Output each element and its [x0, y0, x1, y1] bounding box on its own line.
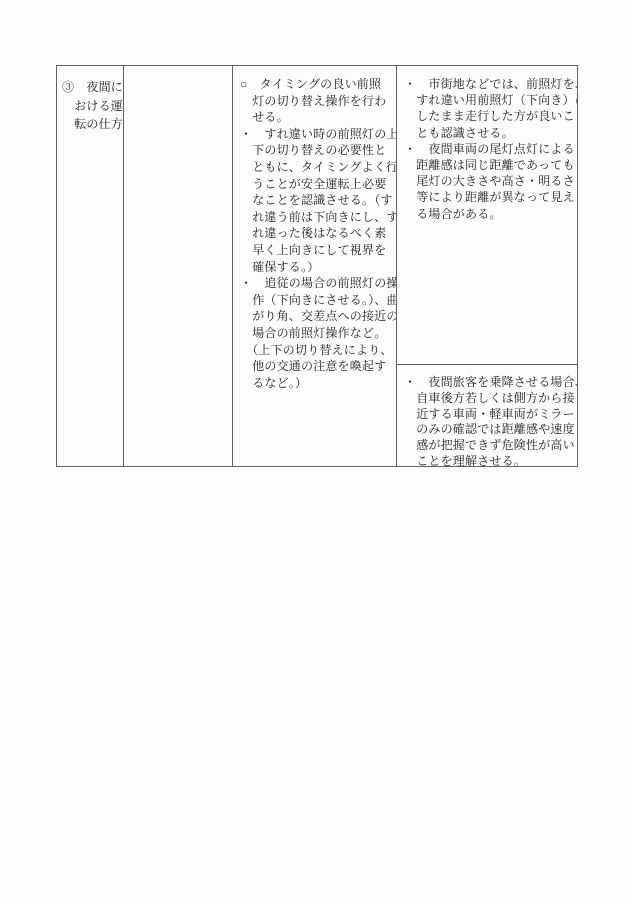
content-table: ③ 夜間に おける運 転の仕方 ○ タイミングの良い前照 灯の切り替え操作を行わ…	[56, 65, 578, 467]
table-cell-notes-bottom: ・ 夜間旅客を乗降させる場合、 自車後方若しくは側方から接 近する車両・軽車両が…	[396, 364, 577, 466]
table-cell-notes-top: ・ 市街地などでは、前照灯を、 すれ違い用前照灯（下向き）に したまま走行した方…	[396, 66, 577, 364]
document-page: ③ 夜間に おける運 転の仕方 ○ タイミングの良い前照 灯の切り替え操作を行わ…	[0, 0, 630, 903]
table-cell-topic-night-driving: ③ 夜間に おける運 転の仕方	[57, 66, 123, 466]
table-cell-empty	[123, 66, 232, 466]
table-cell-instruction-items: ○ タイミングの良い前照 灯の切り替え操作を行わ せる。 ・ すれ違い時の前照灯…	[232, 66, 396, 466]
